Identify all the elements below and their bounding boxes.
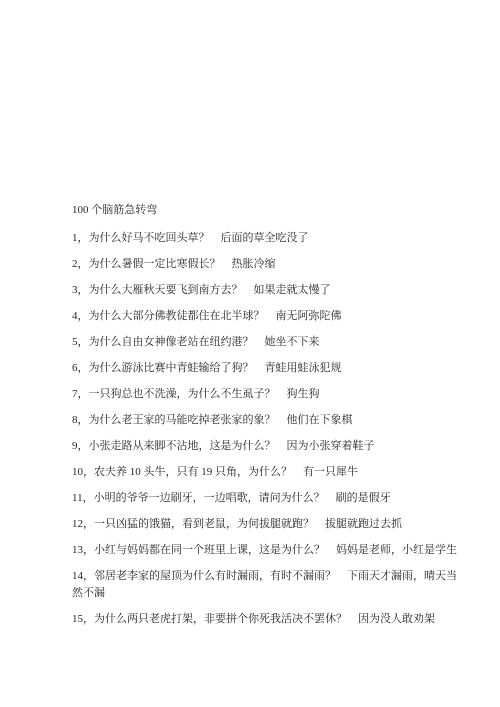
riddle-answer: 狗生狗 — [287, 388, 320, 400]
riddle-item-2: 2，为什么暑假一定比寒假长？热胀冷缩 — [72, 256, 462, 273]
riddle-answer: 热胀冷缩 — [232, 258, 276, 270]
riddle-question: 为什么游泳比赛中青蛙输给了狗？ — [89, 362, 254, 374]
riddle-question: 农夫养 10 头牛，只有 19 只角，为什么？ — [94, 466, 292, 478]
riddle-number: 2， — [72, 258, 89, 270]
riddle-item-10: 10，农夫养 10 头牛，只有 19 只角，为什么？有一只犀牛 — [72, 464, 462, 481]
riddle-answer: 青蛙用蛙泳犯规 — [265, 362, 342, 374]
document-content: 100 个脑筋急转弯 1，为什么好马不吃回头草？后面的草全吃没了 2，为什么暑假… — [72, 202, 462, 628]
riddle-item-11: 11，小明的爷爷一边刷牙，一边唱歌，请问为什么？刷的是假牙 — [72, 490, 462, 507]
riddle-question: 为什么大部分佛教徒都住在北半球？ — [89, 310, 265, 322]
riddle-question: 一只狗总也不洗澡，为什么不生虱子？ — [89, 388, 276, 400]
riddle-answer: 她坐不下来 — [265, 336, 320, 348]
riddle-answer: 因为小张穿着鞋子 — [287, 440, 375, 452]
riddle-number: 1， — [72, 232, 89, 244]
riddle-answer: 后面的草全吃没了 — [221, 232, 309, 244]
riddle-answer: 如果走就太慢了 — [254, 284, 331, 296]
riddle-answer: 因为没人敢劝架 — [358, 613, 435, 625]
riddle-item-9: 9，小张走路从来脚不沾地，这是为什么？因为小张穿着鞋子 — [72, 438, 462, 455]
riddle-question: 为什么老王家的马能吃掉老张家的象？ — [89, 414, 276, 426]
riddle-item-1: 1，为什么好马不吃回头草？后面的草全吃没了 — [72, 230, 462, 247]
riddle-answer: 南无阿弥陀佛 — [276, 310, 342, 322]
riddle-number: 13， — [72, 544, 94, 556]
riddle-item-8: 8，为什么老王家的马能吃掉老张家的象？他们在下象棋 — [72, 412, 462, 429]
riddle-answer: 有一只犀牛 — [303, 466, 358, 478]
riddle-answer: 刷的是假牙 — [336, 492, 391, 504]
riddle-item-13: 13，小红与妈妈都在同一个班里上课，这是为什么？妈妈是老师，小红是学生 — [72, 542, 462, 559]
riddle-question: 小红与妈妈都在同一个班里上课，这是为什么？ — [94, 544, 325, 556]
riddle-question: 小明的爷爷一边刷牙，一边唱歌，请问为什么？ — [94, 492, 325, 504]
document-page: 100 个脑筋急转弯 1，为什么好马不吃回头草？后面的草全吃没了 2，为什么暑假… — [0, 0, 500, 707]
riddle-number: 12， — [72, 518, 94, 530]
riddle-answer: 他们在下象棋 — [287, 414, 353, 426]
riddle-number: 4， — [72, 310, 89, 322]
riddle-number: 15， — [72, 613, 94, 625]
riddle-answer: 妈妈是老师，小红是学生 — [336, 544, 457, 556]
riddle-item-6: 6，为什么游泳比赛中青蛙输给了狗？青蛙用蛙泳犯规 — [72, 360, 462, 377]
riddle-question: 为什么暑假一定比寒假长？ — [89, 258, 221, 270]
riddle-number: 6， — [72, 362, 89, 374]
riddle-answer: 拔腿就跑过去抓 — [325, 518, 402, 530]
riddle-item-12: 12，一只凶猛的饿猫，看到老鼠，为何拔腿就跑？拔腿就跑过去抓 — [72, 516, 462, 533]
riddle-question: 邻居老李家的屋顶为什么有时漏雨，有时不漏雨？ — [94, 570, 336, 582]
riddle-question: 小张走路从来脚不沾地，这是为什么？ — [89, 440, 276, 452]
riddle-number: 9， — [72, 440, 89, 452]
riddle-question: 一只凶猛的饿猫，看到老鼠，为何拔腿就跑？ — [94, 518, 314, 530]
riddle-number: 11， — [72, 492, 94, 504]
riddle-item-14: 14，邻居老李家的屋顶为什么有时漏雨，有时不漏雨？下雨天才漏雨，晴天当然不漏 — [72, 568, 462, 602]
riddle-number: 5， — [72, 336, 89, 348]
riddle-number: 8， — [72, 414, 89, 426]
riddle-item-4: 4，为什么大部分佛教徒都住在北半球？南无阿弥陀佛 — [72, 308, 462, 325]
doc-title: 100 个脑筋急转弯 — [72, 202, 462, 219]
riddle-question: 为什么两只老虎打架，非要拼个你死我活决不罢休？ — [94, 613, 347, 625]
riddle-item-3: 3，为什么大雁秋天要飞到南方去？如果走就太慢了 — [72, 282, 462, 299]
riddle-number: 14， — [72, 570, 94, 582]
riddle-question: 为什么大雁秋天要飞到南方去？ — [89, 284, 243, 296]
riddle-question: 为什么好马不吃回头草？ — [89, 232, 210, 244]
riddle-item-15: 15，为什么两只老虎打架，非要拼个你死我活决不罢休？因为没人敢劝架 — [72, 611, 462, 628]
riddle-number: 10， — [72, 466, 94, 478]
riddle-item-5: 5，为什么自由女神像老站在纽约港？她坐不下来 — [72, 334, 462, 351]
riddle-number: 3， — [72, 284, 89, 296]
riddle-question: 为什么自由女神像老站在纽约港？ — [89, 336, 254, 348]
riddle-item-7: 7，一只狗总也不洗澡，为什么不生虱子？狗生狗 — [72, 386, 462, 403]
riddle-number: 7， — [72, 388, 89, 400]
